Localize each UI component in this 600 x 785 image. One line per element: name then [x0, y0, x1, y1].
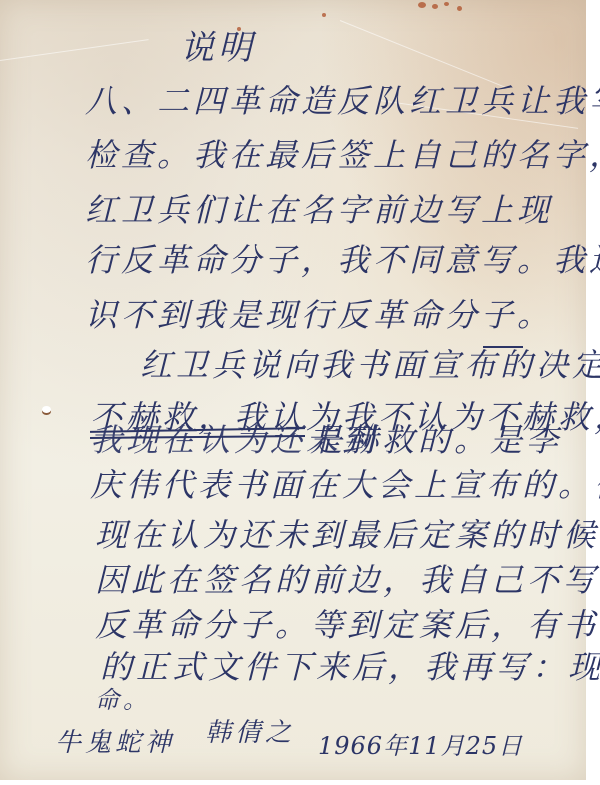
rust-stain — [432, 4, 438, 9]
text-line-11: 因此在签名的前边，我自己不写现行 — [95, 555, 600, 601]
text-line-13: 的正式文件下来后，我再写：现行反革 — [100, 642, 600, 688]
document-title: 说明 — [180, 20, 256, 69]
text-line-3: 红卫兵们让在名字前边写上现 — [85, 185, 553, 231]
signature-date: 1966年11月25日 — [318, 726, 523, 761]
text-line-2: 检查。我在最后签上自己的名字， — [85, 130, 600, 176]
text-line-9: 庆伟代表书面在大会上宣布的。但我 — [90, 460, 600, 506]
text-line-6: 红卫兵说向我书面宣布的决定就 — [140, 340, 600, 386]
rust-stain — [322, 13, 326, 17]
signature-name: 韩倩之 — [205, 712, 295, 749]
paper-crease — [0, 39, 149, 61]
strikethrough-lines — [90, 427, 305, 441]
strikethrough-mark — [483, 346, 523, 348]
text-line-14: 命。 — [95, 680, 151, 715]
text-line-1: 八、二四革命造反队红卫兵让我写的 — [85, 76, 600, 122]
signature-prefix: 牛鬼蛇神 — [55, 722, 175, 759]
rust-stain — [444, 2, 449, 6]
text-line-12: 反革命分子。等到定案后，有书面要去掉 — [95, 600, 600, 646]
text-line-10: 现在认为还未到最后定案的时候， — [95, 510, 600, 556]
punch-hole — [42, 406, 51, 413]
rust-stain — [418, 2, 426, 8]
text-line-4: 行反革命分子，我不同意写。我还认 — [85, 235, 600, 281]
rust-stain — [457, 6, 462, 11]
text-line-5: 识不到我是现行反革命分子。 — [85, 290, 553, 336]
paper-sheet: 说明 八、二四革命造反队红卫兵让我写的 检查。我在最后签上自己的名字， 红卫兵们… — [0, 0, 586, 780]
text-line-8: 是赫救的。是李 — [310, 415, 562, 461]
